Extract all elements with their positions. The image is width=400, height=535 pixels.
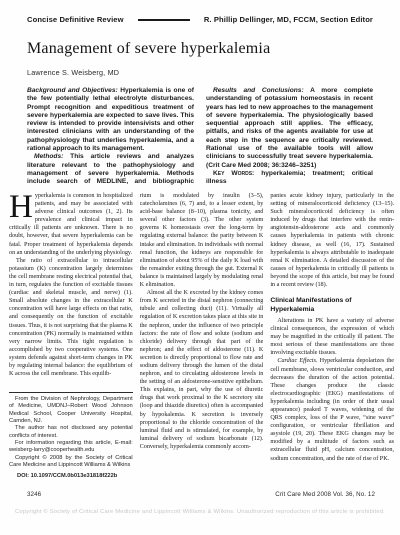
body-paragraph: panies acute kidney injury, particularly… [270,192,394,289]
body-column-1: Hyperkalemia is common in hospitalized p… [9,192,133,495]
footnote-affiliation: From the Division of Nephrology, Departm… [9,396,133,425]
section-name: Concise Definitive Review [27,15,124,24]
author-name: Lawrence S. Weisberg, MD [27,68,119,77]
footnote-disclosure: The author has not disclosed any potenti… [9,425,133,440]
paragraph-lead-in: Cardiac Effects. [277,357,317,364]
body-paragraph: rium is modulated by insulin (3–5), cate… [140,192,264,289]
body-paragraph: Almost all the K excreted by the kidney … [140,289,264,451]
abstract-results: Results and Conclusions: A more complete… [206,87,373,170]
abstract-background: Background and Objectives: Hyperkalemia … [27,87,194,153]
body-paragraph: Cardiac Effects. Hyperkalemia depolarize… [270,357,394,462]
article-title: Management of severe hyperkalemia [27,40,373,58]
journal-article-page: Concise Definitive Review R. Phillip Del… [0,0,400,535]
abstract-methods: Methods: This article reviews and analyz… [27,153,194,187]
drop-cap: H [9,192,35,221]
abstract-keywords: Key Words: hyperkalemia; treatment; crit… [206,170,373,187]
keywords-label: Key Words: [213,170,254,177]
abstract-left-column: Background and Objectives: Hyperkalemia … [27,87,194,187]
abstract-label: Methods: [34,153,63,160]
page-number: 3246 [27,491,41,498]
body-paragraph: Alterations in PK have a variety of adve… [270,317,394,357]
journal-citation: Crit Care Med 2008 Vol. 36, No. 12 [275,491,375,498]
abstract-label: Results and Conclusions: [213,87,304,94]
body-paragraph: Hyperkalemia is common in hospitalized p… [9,192,133,257]
abstract-text: Hyperkalemia is one of the few potential… [27,87,194,152]
footnote-doi: DOI: 10.1097/CCM.0b013e31818f222b [9,473,133,480]
section-heading: Clinical Manifestations of Hyperkalemia [270,297,394,314]
masthead: Concise Definitive Review R. Phillip Del… [27,15,373,24]
section-editor: R. Phillip Dellinger, MD, FCCM, Section … [204,15,373,24]
copyright-watermark: Copyright © Society of Critical Care Med… [0,509,400,515]
article-body: Hyperkalemia is common in hospitalized p… [9,192,394,495]
body-paragraph: The ratio of extracellular to intracellu… [9,257,133,378]
footnote-copyright: Copyright © 2008 by the Society of Criti… [9,455,133,470]
body-column-3: panies acute kidney injury, particularly… [270,192,394,495]
body-column-2: rium is modulated by insulin (3–5), cate… [140,192,264,495]
abstract-right-column: Results and Conclusions: A more complete… [206,87,373,187]
header-divider-line [138,19,190,21]
page-footer: 3246 Crit Care Med 2008 Vol. 36, No. 12 [27,491,375,498]
body-text: Hyperkalemia depolarizes the cell membra… [270,357,394,461]
abstract: Background and Objectives: Hyperkalemia … [27,87,373,187]
abstract-label: Background and Objectives: [27,87,118,94]
footnote-contact-email: For information regarding this article, … [9,440,133,455]
abstract-text: A more complete understanding of potassi… [206,87,373,169]
footnote-block: From the Division of Nephrology, Departm… [9,392,133,480]
